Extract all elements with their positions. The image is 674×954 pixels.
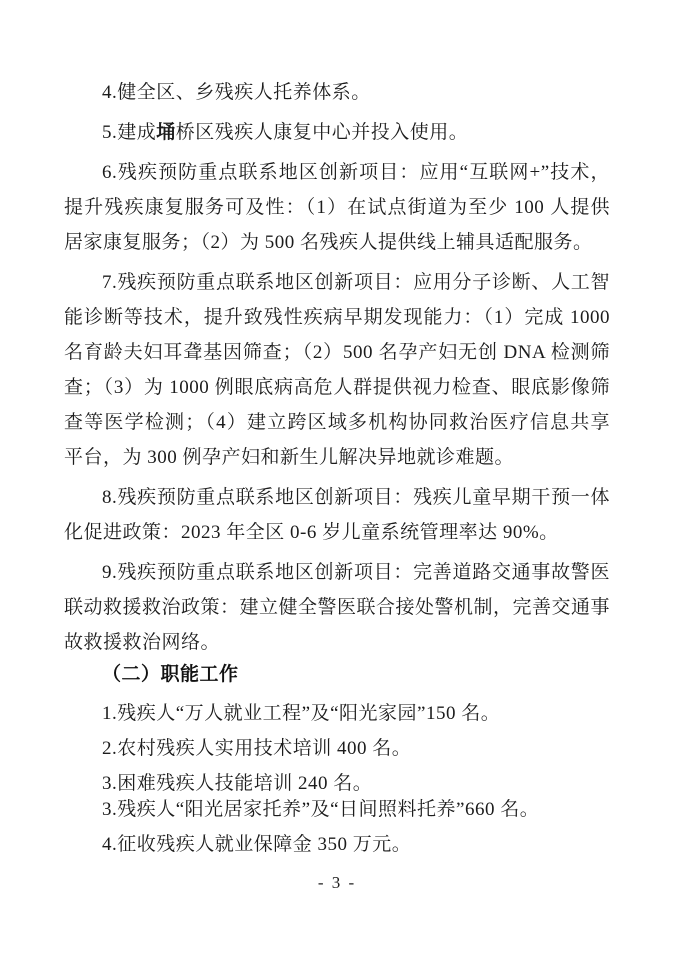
paragraph-item-9: 9.残疾预防重点联系地区创新项目：完善道路交通事故警医联动救援救治政策：建立健全…	[64, 555, 610, 660]
paragraph-item-5-suffix: 桥区残疾人康复中心并投入使用。	[176, 122, 469, 143]
paragraph-item-7: 7.残疾预防重点联系地区创新项目：应用分子诊断、人工智能诊断等技术，提升致残性疾…	[64, 265, 610, 475]
document-page: 4.健全区、乡残疾人托养体系。 5.建成埇桥区残疾人康复中心并投入使用。 6.残…	[0, 0, 674, 954]
paragraph-item-8: 8.残疾预防重点联系地区创新项目：残疾儿童早期干预一体化促进政策：2023 年全…	[64, 480, 610, 550]
paragraph-item-4: 4.健全区、乡残疾人托养体系。	[64, 75, 610, 110]
paragraph-item-5: 5.建成埇桥区残疾人康复中心并投入使用。	[64, 115, 610, 150]
substituted-glyph-yong: 埇	[156, 121, 176, 143]
section-heading-functional-work: （二）职能工作	[64, 657, 610, 692]
page-footer: - 3 -	[0, 872, 674, 894]
list-item-4: 4.征收残疾人就业保障金 350 万元。	[64, 827, 610, 862]
task-list: 1.残疾人“万人就业工程”及“阳光家园”150 名。 2.农村残疾人实用技术培训…	[64, 696, 610, 862]
list-item-3b: 3.残疾人“阳光居家托养”及“日间照料托养”660 名。	[64, 792, 610, 827]
document-body: 4.健全区、乡残疾人托养体系。 5.建成埇桥区残疾人康复中心并投入使用。 6.残…	[64, 75, 610, 862]
paragraph-item-6: 6.残疾预防重点联系地区创新项目：应用“互联网+”技术，提升残疾康复服务可及性：…	[64, 155, 610, 260]
list-item-2: 2.农村残疾人实用技术培训 400 名。	[64, 731, 610, 766]
page-number: - 3 -	[318, 873, 356, 892]
paragraph-item-5-prefix: 5.建成	[102, 122, 156, 143]
list-item-1: 1.残疾人“万人就业工程”及“阳光家园”150 名。	[64, 696, 610, 731]
